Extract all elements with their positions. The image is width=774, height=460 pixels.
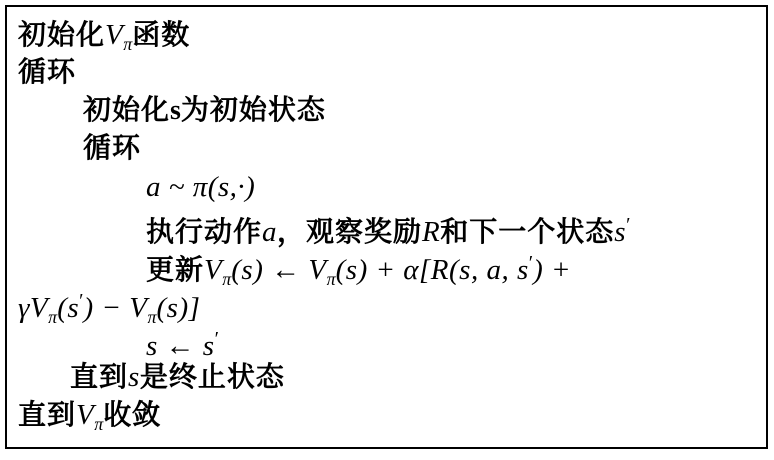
algo-line-init-s: 初始化s为初始状态: [18, 92, 760, 130]
algo-line-loop-outer: 循环: [18, 54, 760, 92]
text-segment: 初始化: [83, 95, 170, 126]
algo-line-init-v: 初始化Vπ函数: [18, 16, 760, 54]
math-expression: ) +: [533, 254, 571, 286]
math-var: s: [128, 361, 140, 393]
math-expression: (s) ← V: [231, 254, 326, 286]
text-segment: 初始化: [18, 20, 105, 51]
algo-line-until-converge: 直到Vπ收敛: [18, 396, 760, 434]
text-segment: 直到: [18, 400, 76, 431]
math-expression: a ~ π(s,·): [146, 171, 255, 203]
text-segment: 直到: [70, 362, 128, 393]
math-subscript: π: [94, 414, 103, 434]
text-segment: 循环: [83, 133, 141, 164]
algo-line-sample-action: a ~ π(s,·): [18, 168, 760, 206]
text-segment: 收敛: [103, 400, 161, 431]
document-page: 初始化Vπ函数 循环 初始化s为初始状态 循环 a ~ π(s,·) 执行动作a…: [0, 0, 774, 460]
algo-line-loop-inner: 循环: [18, 130, 760, 168]
math-expression: (s) + α[R(s, a, s: [336, 254, 529, 286]
math-var: V: [105, 19, 123, 51]
algo-line-state-transition: s ← s′: [18, 320, 760, 358]
text-segment: 函数: [132, 20, 190, 51]
text-segment: 为初始状态: [181, 95, 326, 126]
math-subscript: π: [327, 269, 336, 289]
math-expression: γV: [18, 292, 48, 324]
math-prime: ′: [626, 214, 630, 236]
algo-line-until-terminal: 直到s是终止状态: [18, 358, 760, 396]
math-var: V: [204, 254, 222, 286]
text-segment: 循环: [18, 57, 76, 88]
math-var: s: [614, 216, 626, 248]
math-subscript: π: [48, 307, 57, 327]
algo-line-update-part2: γVπ(s′) − Vπ(s)]: [18, 282, 760, 320]
algo-line-execute-observe: 执行动作a，观察奖励R和下一个状态s′: [18, 206, 760, 244]
math-subscript: π: [222, 269, 231, 289]
math-expression: (s: [57, 292, 79, 324]
math-expression: ) − V: [84, 292, 148, 324]
pseudocode-box: 初始化Vπ函数 循环 初始化s为初始状态 循环 a ~ π(s,·) 执行动作a…: [5, 5, 768, 449]
math-subscript: π: [123, 34, 132, 54]
algo-line-update-part1: 更新Vπ(s) ← Vπ(s) + α[R(s, a, s′) +: [18, 244, 760, 282]
math-prime: ′: [215, 328, 219, 350]
math-var-bold: s: [170, 95, 181, 126]
text-segment: 是终止状态: [140, 362, 285, 393]
math-var: V: [76, 399, 94, 431]
